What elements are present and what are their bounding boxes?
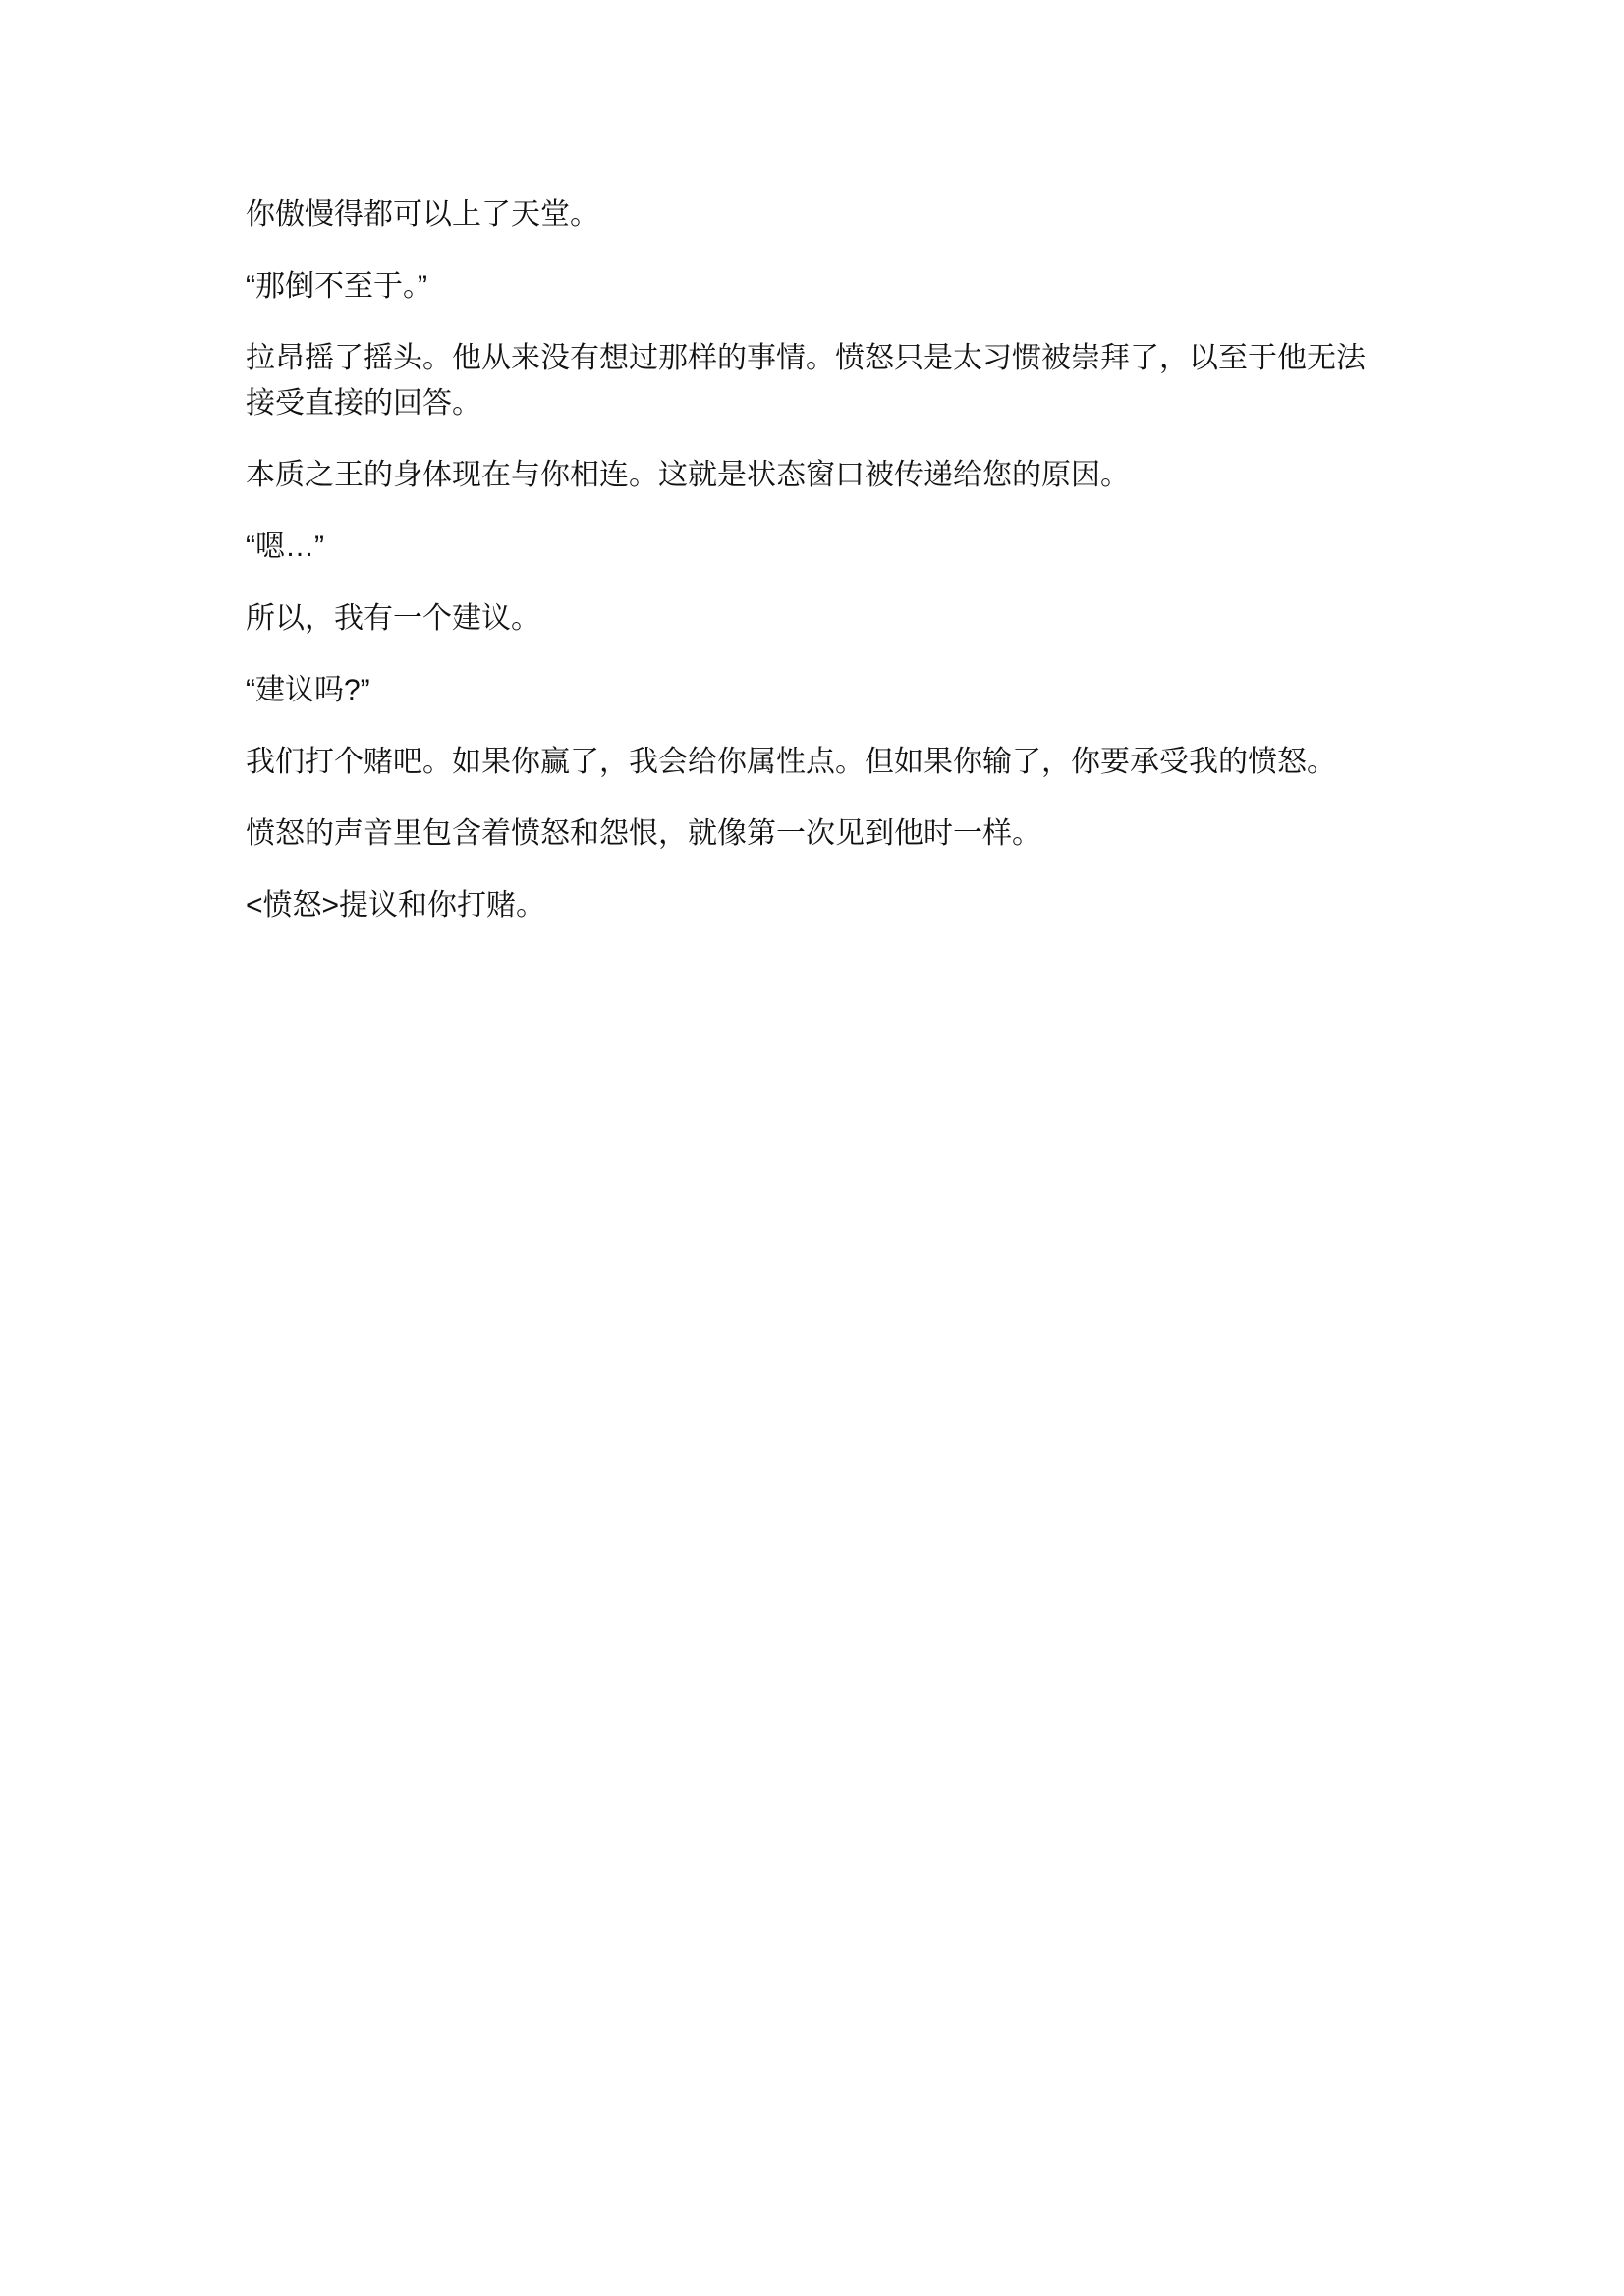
paragraph-narration: 本质之王的身体现在与你相连。这就是状态窗口被传递给您的原因。 [246, 453, 1375, 498]
paragraph-narration: 拉昂摇了摇头。他从来没有想过那样的事情。愤怒只是太习惯被崇拜了，以至于他无法接受… [246, 336, 1375, 426]
novel-page: 你傲慢得都可以上了天堂。 “那倒不至于。” 拉昂摇了摇头。他从来没有想过那样的事… [0, 0, 1624, 2296]
novel-text-content: 你傲慢得都可以上了天堂。 “那倒不至于。” 拉昂摇了摇头。他从来没有想过那样的事… [246, 0, 1375, 928]
paragraph-dialogue: “那倒不至于。” [246, 264, 1375, 309]
paragraph-system-message: <愤怒>提议和你打赌。 [246, 883, 1375, 928]
paragraph-narration: 你傲慢得都可以上了天堂。 [246, 193, 1375, 238]
paragraph-dialogue: “嗯…” [246, 525, 1375, 570]
paragraph-narration: 愤怒的声音里包含着愤怒和怨恨，就像第一次见到他时一样。 [246, 812, 1375, 857]
paragraph-narration: 所以，我有一个建议。 [246, 596, 1375, 642]
paragraph-dialogue: “建议吗?” [246, 668, 1375, 713]
paragraph-narration: 我们打个赌吧。如果你赢了，我会给你属性点。但如果你输了，你要承受我的愤怒。 [246, 740, 1375, 785]
